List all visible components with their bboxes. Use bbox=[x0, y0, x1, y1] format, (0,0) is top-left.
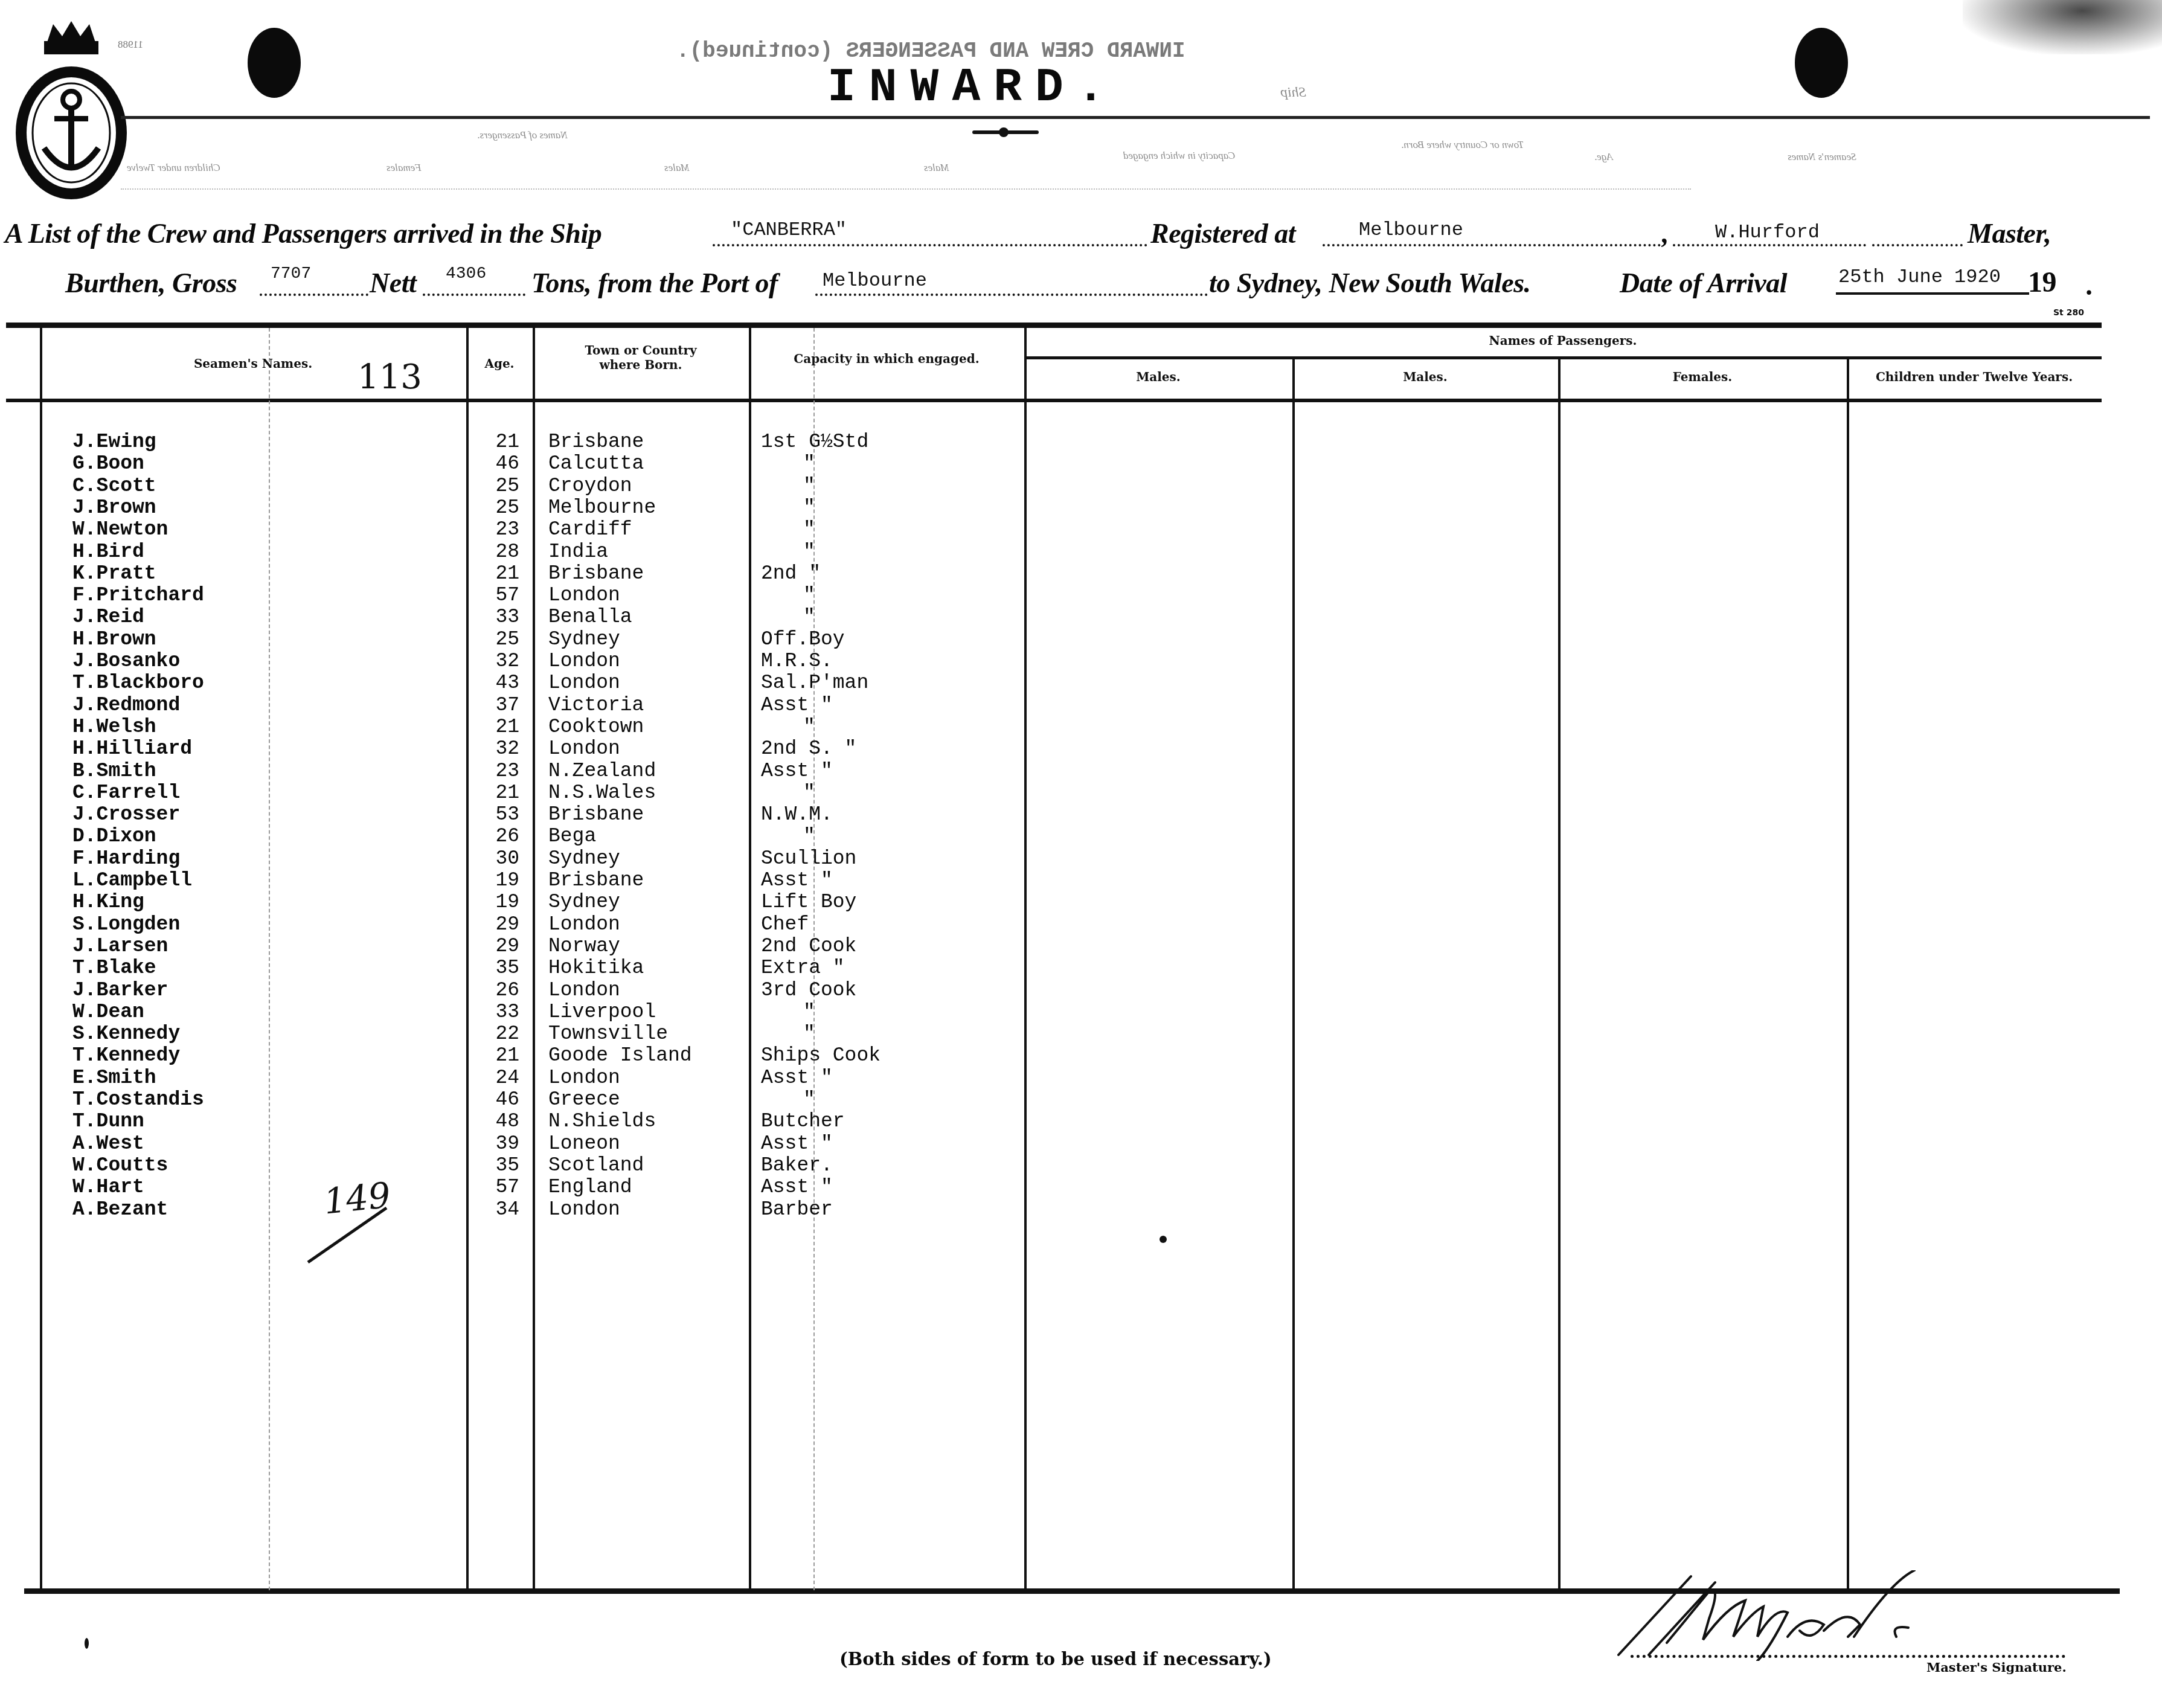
seaman-birthplace: London bbox=[548, 914, 620, 936]
table-row: F.Pritchard 57 London " bbox=[0, 585, 1027, 606]
bleed-label-males-1: Males bbox=[664, 162, 690, 174]
seaman-name: A.West bbox=[72, 1133, 144, 1155]
bleed-label-females: Females bbox=[387, 162, 422, 174]
seaman-capacity: Asst " bbox=[761, 1067, 833, 1089]
seaman-capacity: " bbox=[803, 782, 815, 804]
seaman-name: J.Redmond bbox=[72, 695, 180, 716]
seaman-age: 34 bbox=[483, 1199, 519, 1221]
ornament-divider bbox=[972, 130, 1039, 134]
seaman-capacity: N.W.M. bbox=[761, 804, 833, 826]
seaman-name: J.Bosanko bbox=[72, 650, 180, 672]
seaman-capacity: Asst " bbox=[761, 1133, 833, 1155]
top-rule bbox=[121, 116, 2150, 119]
seaman-capacity: 3rd Cook bbox=[761, 980, 856, 1001]
bleed-through-title: INWARD CREW AND PASSENGERS (continued). bbox=[676, 39, 1185, 63]
seaman-birthplace: Brisbane bbox=[548, 804, 644, 826]
seaman-age: 30 bbox=[483, 848, 519, 870]
seaman-age: 33 bbox=[483, 606, 519, 628]
gross-tons-value: 7707 bbox=[271, 265, 311, 283]
seaman-capacity: Extra " bbox=[761, 957, 845, 979]
seaman-capacity: Asst " bbox=[761, 695, 833, 716]
seaman-age: 53 bbox=[483, 804, 519, 826]
seaman-age: 39 bbox=[483, 1133, 519, 1155]
seaman-birthplace: London bbox=[548, 980, 620, 1001]
table-row: G.Boon 46 Calcutta " bbox=[0, 453, 1027, 475]
seaman-age: 29 bbox=[483, 936, 519, 957]
seaman-age: 19 bbox=[483, 891, 519, 913]
seaman-name: T.Costandis bbox=[72, 1089, 204, 1111]
seaman-name: T.Dunn bbox=[72, 1111, 144, 1132]
nett-label: Nett bbox=[370, 267, 416, 299]
seaman-age: 48 bbox=[483, 1111, 519, 1132]
col-header-passengers-group: Names of Passengers. bbox=[1024, 333, 2102, 348]
seaman-birthplace: Goode Island bbox=[548, 1045, 692, 1067]
table-row: K.Pratt 21 Brisbane 2nd " bbox=[0, 563, 1027, 585]
bleed-label-capacity: Capacity in which engaged bbox=[1123, 150, 1236, 162]
seaman-age: 35 bbox=[483, 957, 519, 979]
bleed-label-town: Town or Country where Born. bbox=[1401, 139, 1524, 151]
seaman-capacity: " bbox=[803, 606, 815, 628]
seaman-name: C.Farrell bbox=[72, 782, 180, 804]
seaman-age: 25 bbox=[483, 629, 519, 650]
seaman-capacity: " bbox=[803, 1023, 815, 1045]
seaman-name: J.Reid bbox=[72, 606, 144, 628]
registered-port-line bbox=[1323, 244, 1661, 246]
seaman-capacity: Chef bbox=[761, 914, 809, 936]
seaman-capacity: Asst " bbox=[761, 870, 833, 891]
seaman-age: 43 bbox=[483, 672, 519, 694]
seaman-age: 22 bbox=[483, 1023, 519, 1045]
seaman-name: H.Hilliard bbox=[72, 738, 192, 760]
punch-hole-left bbox=[248, 28, 301, 98]
table-row: W.Dean 33 Liverpool " bbox=[0, 1001, 1027, 1023]
table-row: A.Bezant 34 London Barber bbox=[0, 1199, 1027, 1221]
seaman-birthplace: London bbox=[548, 672, 620, 694]
seaman-name: K.Pratt bbox=[72, 563, 156, 585]
seaman-birthplace: Hokitika bbox=[548, 957, 644, 979]
seaman-age: 32 bbox=[483, 738, 519, 760]
arrival-period: . bbox=[2087, 269, 2093, 301]
tally-stroke-icon bbox=[302, 1202, 393, 1268]
year-suffix: 19 bbox=[2028, 266, 2056, 299]
seaman-age: 37 bbox=[483, 695, 519, 716]
table-row: J.Larsen 29 Norway 2nd Cook bbox=[0, 936, 1027, 957]
bleed-label-children: Children under Twelve bbox=[127, 162, 220, 174]
seaman-name: D.Dixon bbox=[72, 826, 156, 847]
table-row: E.Smith 24 London Asst " bbox=[0, 1067, 1027, 1089]
table-row: H.Welsh 21 Cooktown " bbox=[0, 716, 1027, 738]
seaman-birthplace: N.Zealand bbox=[548, 760, 656, 782]
seaman-age: 57 bbox=[483, 1177, 519, 1198]
seaman-age: 28 bbox=[483, 541, 519, 563]
seaman-age: 19 bbox=[483, 870, 519, 891]
col-divider-females bbox=[1558, 359, 1561, 1590]
handwritten-count-top: 113 bbox=[358, 358, 422, 397]
ink-speck bbox=[85, 1638, 89, 1649]
seaman-age: 25 bbox=[483, 475, 519, 497]
arrival-date-line bbox=[1836, 292, 2029, 295]
seaman-birthplace: N.S.Wales bbox=[548, 782, 656, 804]
table-header-bottom-rule bbox=[6, 399, 2102, 402]
seaman-capacity: M.R.S. bbox=[761, 650, 833, 672]
master-name-value: W.Hurford bbox=[1715, 221, 1820, 243]
table-row: H.Bird 28 India " bbox=[0, 541, 1027, 563]
seaman-capacity: Scullion bbox=[761, 848, 856, 870]
seaman-name: C.Scott bbox=[72, 475, 156, 497]
master-signature: WHurford bbox=[1606, 1570, 2029, 1661]
col-divider-males-2 bbox=[1292, 359, 1295, 1590]
seaman-capacity: " bbox=[803, 716, 815, 738]
seaman-name: G.Boon bbox=[72, 453, 144, 475]
seaman-capacity: Off.Boy bbox=[761, 629, 845, 650]
seaman-capacity: " bbox=[803, 519, 815, 541]
seaman-name: S.Longden bbox=[72, 914, 180, 936]
seaman-birthplace: Benalla bbox=[548, 606, 632, 628]
master-label: Master, bbox=[1968, 217, 2051, 249]
form-number: 11988 bbox=[118, 39, 143, 51]
seaman-age: 32 bbox=[483, 650, 519, 672]
form-code: St 280 bbox=[2053, 308, 2084, 318]
table-row: C.Scott 25 Croydon " bbox=[0, 475, 1027, 497]
seaman-name: S.Kennedy bbox=[72, 1023, 180, 1045]
table-row: J.Bosanko 32 London M.R.S. bbox=[0, 650, 1027, 672]
table-row: T.Kennedy 21 Goode Island Ships Cook bbox=[0, 1045, 1027, 1067]
list-intro-label: A List of the Crew and Passengers arrive… bbox=[5, 217, 601, 249]
table-row: T.Blake 35 Hokitika Extra " bbox=[0, 957, 1027, 979]
table-row: J.Brown 25 Melbourne " bbox=[0, 497, 1027, 519]
seaman-capacity: " bbox=[803, 475, 815, 497]
registered-at-label: Registered at bbox=[1150, 217, 1295, 249]
seaman-birthplace: Bega bbox=[548, 826, 596, 847]
punch-hole-right bbox=[1795, 28, 1848, 98]
seaman-name: J.Barker bbox=[72, 980, 168, 1001]
seaman-age: 24 bbox=[483, 1067, 519, 1089]
table-row: J.Ewing 21 Brisbane 1st G½Std bbox=[0, 431, 1027, 453]
table-row: W.Coutts 35 Scotland Baker. bbox=[0, 1155, 1027, 1177]
seaman-capacity: Butcher bbox=[761, 1111, 845, 1132]
seaman-capacity: " bbox=[803, 541, 815, 563]
anchor-crest-icon bbox=[11, 18, 132, 199]
table-row: S.Longden 29 London Chef bbox=[0, 914, 1027, 936]
seaman-birthplace: India bbox=[548, 541, 608, 563]
footer-note: (Both sides of form to be used if necess… bbox=[839, 1649, 1272, 1669]
table-row: B.Smith 23 N.Zealand Asst " bbox=[0, 760, 1027, 782]
seaman-capacity: 1st G½Std bbox=[761, 431, 868, 453]
seaman-name: L.Campbell bbox=[72, 870, 192, 891]
destination-label: to Sydney, New South Wales. bbox=[1209, 267, 1531, 299]
seaman-capacity: Asst " bbox=[761, 760, 833, 782]
col-header-age: Age. bbox=[466, 356, 533, 371]
seaman-age: 25 bbox=[483, 497, 519, 519]
signature-scrawl-icon bbox=[1606, 1570, 2029, 1661]
seaman-age: 35 bbox=[483, 1155, 519, 1177]
col-header-capacity: Capacity in which engaged. bbox=[749, 352, 1024, 366]
seaman-capacity: Barber bbox=[761, 1199, 833, 1221]
seaman-name: W.Newton bbox=[72, 519, 168, 541]
table-row: W.Hart 57 England Asst " bbox=[0, 1177, 1027, 1198]
seaman-age: 33 bbox=[483, 1001, 519, 1023]
table-row: C.Farrell 21 N.S.Wales " bbox=[0, 782, 1027, 804]
seaman-capacity: " bbox=[803, 1089, 815, 1111]
table-row: H.Brown 25 Sydney Off.Boy bbox=[0, 629, 1027, 650]
seaman-name: H.King bbox=[72, 891, 144, 913]
seaman-birthplace: Cardiff bbox=[548, 519, 632, 541]
seaman-name: H.Brown bbox=[72, 629, 156, 650]
col-header-children: Children under Twelve Years. bbox=[1847, 370, 2102, 384]
bleed-label-males-2: Males bbox=[924, 162, 949, 174]
seaman-age: 23 bbox=[483, 519, 519, 541]
from-port-line bbox=[815, 294, 1208, 296]
seaman-birthplace: London bbox=[548, 650, 620, 672]
seaman-birthplace: Cooktown bbox=[548, 716, 644, 738]
table-row: D.Dixon 26 Bega " bbox=[0, 826, 1027, 847]
seaman-birthplace: London bbox=[548, 1199, 620, 1221]
seaman-capacity: Ships Cook bbox=[761, 1045, 881, 1067]
burthen-gross-label: Burthen, Gross bbox=[65, 267, 237, 299]
arrival-date-label: Date of Arrival bbox=[1620, 267, 1787, 299]
table-row: J.Barker 26 London 3rd Cook bbox=[0, 980, 1027, 1001]
table-row: J.Crosser 53 Brisbane N.W.M. bbox=[0, 804, 1027, 826]
seaman-birthplace: Calcutta bbox=[548, 453, 644, 475]
col-header-town: Town or Country where Born. bbox=[533, 343, 749, 372]
seaman-birthplace: Sydney bbox=[548, 629, 620, 650]
seaman-birthplace: Brisbane bbox=[548, 870, 644, 891]
seaman-name: W.Coutts bbox=[72, 1155, 168, 1177]
scan-smudge bbox=[1963, 0, 2162, 54]
ink-speck bbox=[1160, 1236, 1167, 1243]
seaman-name: H.Bird bbox=[72, 541, 144, 563]
passengers-sub-rule bbox=[1027, 356, 2102, 359]
seaman-name: J.Larsen bbox=[72, 936, 168, 957]
seaman-birthplace: London bbox=[548, 1067, 620, 1089]
seaman-birthplace: Townsville bbox=[548, 1023, 668, 1045]
bleed-rule bbox=[121, 188, 1691, 190]
seaman-age: 46 bbox=[483, 1089, 519, 1111]
seaman-birthplace: Melbourne bbox=[548, 497, 656, 519]
seaman-capacity: " bbox=[803, 826, 815, 847]
seaman-capacity: " bbox=[803, 497, 815, 519]
seaman-age: 26 bbox=[483, 826, 519, 847]
table-top-rule bbox=[6, 323, 2102, 328]
page-title: INWARD. bbox=[827, 62, 1118, 115]
seaman-birthplace: Sydney bbox=[548, 891, 620, 913]
seaman-birthplace: Victoria bbox=[548, 695, 644, 716]
table-row: H.Hilliard 32 London 2nd S. " bbox=[0, 738, 1027, 760]
col-header-males-1: Males. bbox=[1024, 370, 1292, 384]
seaman-age: 21 bbox=[483, 431, 519, 453]
seaman-birthplace: Scotland bbox=[548, 1155, 644, 1177]
seaman-name: A.Bezant bbox=[72, 1199, 168, 1221]
seaman-birthplace: Loneon bbox=[548, 1133, 620, 1155]
table-row: T.Blackboro 43 London Sal.P'man bbox=[0, 672, 1027, 694]
ship-name-line bbox=[713, 244, 1147, 246]
table-row: J.Reid 33 Benalla " bbox=[0, 606, 1027, 628]
from-port-value: Melbourne bbox=[823, 269, 927, 292]
seaman-age: 46 bbox=[483, 453, 519, 475]
table-row: L.Campbell 19 Brisbane Asst " bbox=[0, 870, 1027, 891]
seaman-birthplace: Croydon bbox=[548, 475, 632, 497]
seaman-age: 29 bbox=[483, 914, 519, 936]
master-gap-line bbox=[1872, 244, 1963, 246]
seaman-name: W.Dean bbox=[72, 1001, 144, 1023]
seaman-birthplace: England bbox=[548, 1177, 632, 1198]
gross-tons-line bbox=[260, 294, 368, 296]
bleed-label-age: Age. bbox=[1594, 151, 1613, 163]
seaman-birthplace: Brisbane bbox=[548, 563, 644, 585]
nett-tons-value: 4306 bbox=[446, 265, 486, 283]
seaman-capacity: 2nd " bbox=[761, 563, 821, 585]
arrival-date-value: 25th June 1920 bbox=[1838, 266, 2001, 288]
seaman-capacity: " bbox=[803, 453, 815, 475]
table-row: T.Costandis 46 Greece " bbox=[0, 1089, 1027, 1111]
seaman-name: J.Ewing bbox=[72, 431, 156, 453]
seaman-capacity: " bbox=[803, 585, 815, 606]
seaman-name: W.Hart bbox=[72, 1177, 144, 1198]
seaman-name: T.Blackboro bbox=[72, 672, 204, 694]
tons-from-port-label: Tons, from the Port of bbox=[531, 267, 778, 299]
master-name-line bbox=[1673, 244, 1866, 246]
seaman-age: 26 bbox=[483, 980, 519, 1001]
table-row: W.Newton 23 Cardiff " bbox=[0, 519, 1027, 541]
seaman-name: J.Crosser bbox=[72, 804, 180, 826]
signature-label: Master's Signature. bbox=[1926, 1660, 2067, 1675]
registered-port-value: Melbourne bbox=[1359, 219, 1463, 241]
seaman-name: T.Blake bbox=[72, 957, 156, 979]
bleed-through-ship: Ship bbox=[1280, 85, 1306, 101]
seaman-birthplace: Liverpool bbox=[548, 1001, 656, 1023]
seaman-age: 21 bbox=[483, 716, 519, 738]
table-row: J.Redmond 37 Victoria Asst " bbox=[0, 695, 1027, 716]
col-header-females: Females. bbox=[1558, 370, 1847, 384]
seaman-capacity: 2nd S. " bbox=[761, 738, 856, 760]
ship-name-value: "CANBERRA" bbox=[731, 219, 847, 241]
seaman-name: J.Brown bbox=[72, 497, 156, 519]
seaman-capacity: Baker. bbox=[761, 1155, 833, 1177]
seaman-name: F.Harding bbox=[72, 848, 180, 870]
seaman-name: T.Kennedy bbox=[72, 1045, 180, 1067]
bleed-label-seamen: Seamen's Names bbox=[1788, 151, 1856, 163]
seaman-birthplace: Sydney bbox=[548, 848, 620, 870]
seaman-birthplace: Brisbane bbox=[548, 431, 644, 453]
seaman-age: 21 bbox=[483, 563, 519, 585]
seaman-birthplace: N.Shields bbox=[548, 1111, 656, 1132]
seaman-capacity: Asst " bbox=[761, 1177, 833, 1198]
crew-list: J.Ewing 21 Brisbane 1st G½Std G.Boon 46 … bbox=[0, 431, 1027, 1216]
signature-line bbox=[1631, 1655, 2065, 1658]
seaman-capacity: Sal.P'man bbox=[761, 672, 868, 694]
col-header-males-2: Males. bbox=[1292, 370, 1558, 384]
seaman-age: 21 bbox=[483, 1045, 519, 1067]
table-row: A.West 39 Loneon Asst " bbox=[0, 1133, 1027, 1155]
seaman-capacity: Lift Boy bbox=[761, 891, 856, 913]
nett-tons-line bbox=[423, 294, 525, 296]
comma-separator: , bbox=[1662, 217, 1669, 249]
seaman-age: 21 bbox=[483, 782, 519, 804]
seaman-name: H.Welsh bbox=[72, 716, 156, 738]
seaman-age: 57 bbox=[483, 585, 519, 606]
table-row: F.Harding 30 Sydney Scullion bbox=[0, 848, 1027, 870]
seaman-birthplace: Greece bbox=[548, 1089, 620, 1111]
bleed-label-passengers: Names of Passengers. bbox=[477, 129, 568, 141]
seaman-capacity: 2nd Cook bbox=[761, 936, 856, 957]
seaman-capacity: " bbox=[803, 1001, 815, 1023]
seaman-name: E.Smith bbox=[72, 1067, 156, 1089]
seaman-birthplace: Norway bbox=[548, 936, 620, 957]
seaman-name: F.Pritchard bbox=[72, 585, 204, 606]
seaman-birthplace: London bbox=[548, 585, 620, 606]
table-row: H.King 19 Sydney Lift Boy bbox=[0, 891, 1027, 913]
table-row: S.Kennedy 22 Townsville " bbox=[0, 1023, 1027, 1045]
crest-emblem bbox=[11, 18, 132, 199]
seaman-name: B.Smith bbox=[72, 760, 156, 782]
col-divider-children bbox=[1847, 359, 1849, 1590]
table-row: T.Dunn 48 N.Shields Butcher bbox=[0, 1111, 1027, 1132]
seaman-birthplace: London bbox=[548, 738, 620, 760]
seaman-age: 23 bbox=[483, 760, 519, 782]
